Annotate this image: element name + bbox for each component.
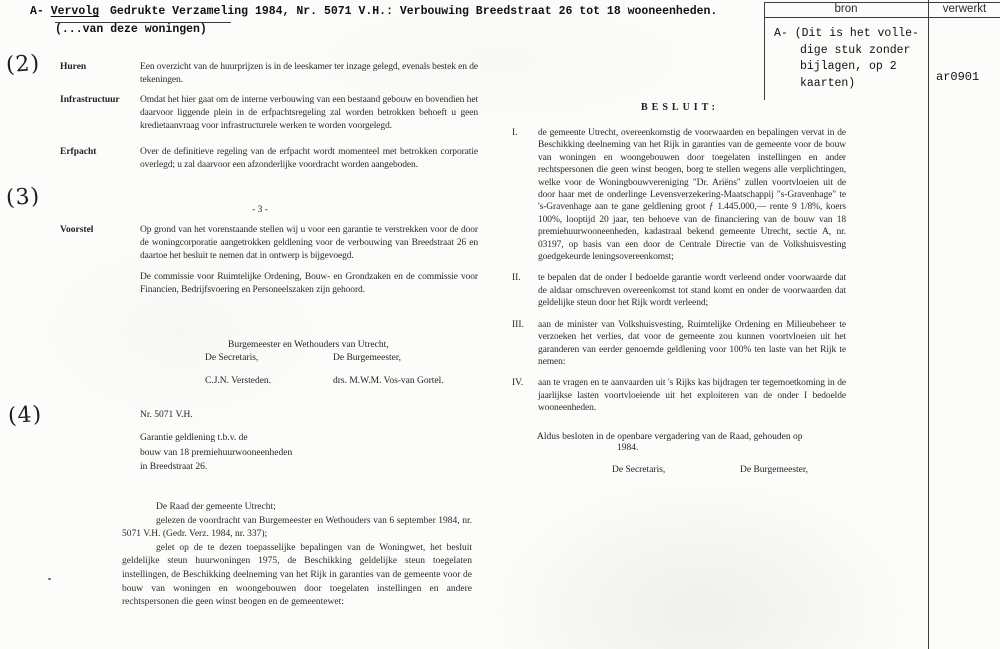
signature-role-burgemeester: De Burgemeester, <box>333 353 401 363</box>
handwritten-margin-mark-2: (2) <box>5 51 41 78</box>
scanned-document-page: A- VervolgGedrukte Verzameling 1984, Nr.… <box>0 0 1000 649</box>
raad-paragraph-gelet: gelet op de te dezen toepasselijke bepal… <box>122 542 472 610</box>
besluit-heading: BESLUIT: <box>641 102 719 113</box>
stamp-verwerkt-code: ar0901 <box>936 70 979 84</box>
section-text-erfpacht: Over de definitieve regeling van de erfp… <box>140 146 478 172</box>
besluit-signature-burgemeester: De Burgemeester, <box>740 465 808 475</box>
besluit-item-3: III. aan de minister van Volkshuisvestin… <box>512 319 846 369</box>
besluit-item-3-numeral: III. <box>512 319 538 369</box>
besluit-item-2-numeral: II. <box>512 272 538 309</box>
signature-organization: Burgemeester en Wethouders van Utrecht, <box>228 340 389 350</box>
besluit-closing-line: Aldus besloten in de openbare vergaderin… <box>537 431 849 443</box>
besluit-item-2-text: te bepalen dat de onder I bedoelde garan… <box>538 272 846 309</box>
dossier-subject: Garantie geldlening t.b.v. de bouw van 1… <box>140 431 292 475</box>
header-title: Gedrukte Verzameling 1984, Nr. 5071 V.H.… <box>110 5 717 18</box>
scan-speck <box>48 578 51 580</box>
section-text-huren: Een overzicht van de huurprijzen is in d… <box>140 61 478 87</box>
besluit-signature-secretaris: De Secretaris, <box>612 465 665 475</box>
section-text-voorstel: Op grond van het vorenstaande stellen wi… <box>140 224 478 263</box>
stamp-bron-note: A- (Dit is het volle- dige stuk zonder b… <box>774 26 950 92</box>
section-text-infrastructuur: Omdat het hier gaat om de interne verbou… <box>140 94 478 133</box>
besluit-item-4: IV. aan te vragen en te aanvaarden uit '… <box>512 377 846 414</box>
handwritten-margin-mark-4: (4) <box>7 402 43 429</box>
header-prefix: A- <box>30 5 44 18</box>
raad-opening: De Raad der gemeente Utrecht; <box>122 501 472 515</box>
besluit-item-1-numeral: I. <box>512 127 538 263</box>
besluit-items: I. de gemeente Utrecht, overeenkomstig d… <box>512 127 846 424</box>
besluit-closing-year: 1984. <box>617 443 638 453</box>
commissie-paragraph: De commissie voor Ruimtelijke Ordening, … <box>140 271 478 297</box>
header-emphasis: Vervolg <box>51 5 99 18</box>
document-header-line2: (...van deze woningen) <box>55 23 207 36</box>
signature-name-vos-van-gortel: drs. M.W.M. Vos-van Gortel. <box>333 376 444 386</box>
section-label-erfpacht: Erfpacht <box>60 147 138 157</box>
besluit-item-1-text: de gemeente Utrecht, overeenkomstig de v… <box>538 127 846 263</box>
stamp-table-left-border <box>764 2 765 100</box>
section-label-voorstel: Voorstel <box>60 225 138 235</box>
stamp-column-verwerkt: verwerkt <box>929 3 1000 15</box>
right-column-rule <box>928 0 929 649</box>
raad-paragraph-gelezen: gelezen de voordracht van Burgemeester e… <box>122 515 472 542</box>
besluit-item-4-text: aan te vragen en te aanvaarden uit 's Ri… <box>538 377 846 414</box>
page-number: - 3 - <box>230 205 290 215</box>
signature-role-secretaris: De Secretaris, <box>205 353 258 363</box>
section-label-huren: Huren <box>60 62 138 72</box>
besluit-item-4-numeral: IV. <box>512 377 538 414</box>
stamp-table-header-border <box>764 17 1000 18</box>
raad-considerations: De Raad der gemeente Utrecht; gelezen de… <box>122 501 472 610</box>
document-header-line1: A- VervolgGedrukte Verzameling 1984, Nr.… <box>30 5 717 19</box>
handwritten-margin-mark-3: (3) <box>5 184 41 211</box>
dossier-number: Nr. 5071 V.H. <box>140 410 193 420</box>
besluit-item-2: II. te bepalen dat de onder I bedoelde g… <box>512 272 846 309</box>
besluit-item-3-text: aan de minister van Volkshuisvesting, Ru… <box>538 319 846 369</box>
besluit-item-1: I. de gemeente Utrecht, overeenkomstig d… <box>512 127 846 263</box>
section-label-infrastructuur: Infrastructuur <box>60 95 138 105</box>
signature-name-versteden: C.J.N. Versteden. <box>205 376 271 386</box>
stamp-column-bron: bron <box>764 3 928 15</box>
